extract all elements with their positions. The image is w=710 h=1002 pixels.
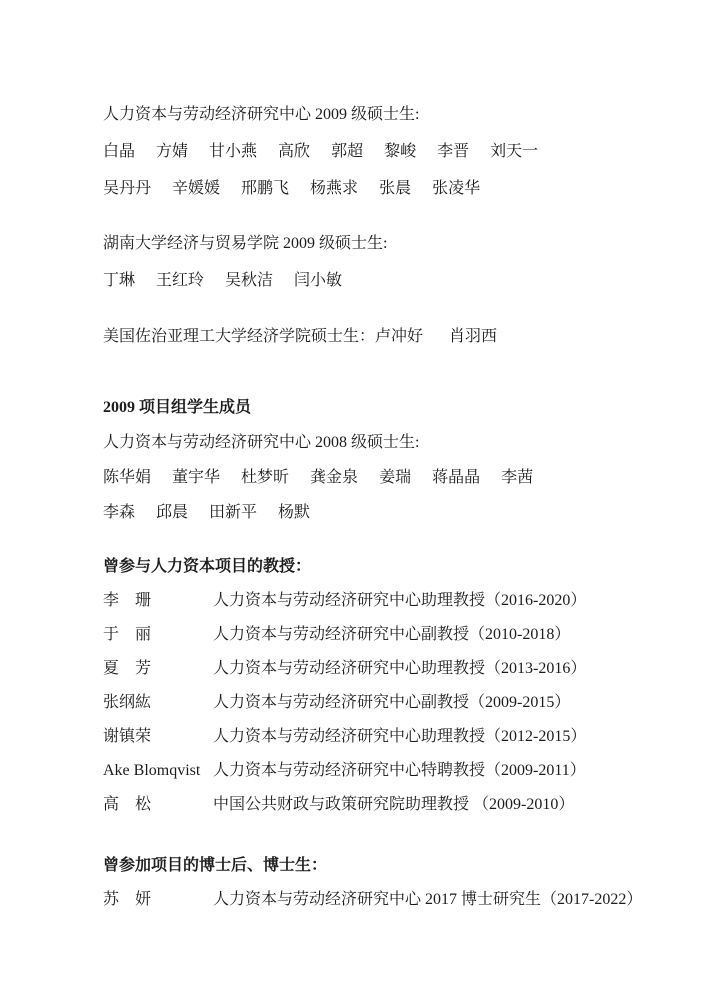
person-name: 蒋晶晶 xyxy=(432,469,480,486)
section-hunan-2009: 湖南大学经济与贸易学院 2009 级硕士生: 丁琳王红玲吴秋洁闫小敏 xyxy=(103,225,670,299)
section-title: 曾参与人力资本项目的教授： xyxy=(103,550,670,584)
section-georgia-tech: 美国佐治亚理工大学经济学院硕士生：卢冲好肖羽西 xyxy=(103,318,670,355)
professor-row: 张纲紘人力资本与劳动经济研究中心副教授（2009-2015） xyxy=(103,686,670,720)
section-heading: 美国佐治亚理工大学经济学院硕士生： xyxy=(103,328,375,345)
inline-heading-row: 美国佐治亚理工大学经济学院硕士生：卢冲好肖羽西 xyxy=(103,318,670,355)
professor-title: 人力资本与劳动经济研究中心副教授（2010-2018） xyxy=(213,626,570,643)
person-name: 李森 xyxy=(103,504,135,521)
person-name: 黎峻 xyxy=(384,143,416,160)
section-chc-2009: 人力资本与劳动经济研究中心 2009 级硕士生: 白晶方婧甘小燕高欣郭超黎峻李晋… xyxy=(103,96,670,207)
professor-row: 夏 芳人力资本与劳动经济研究中心助理教授（2013-2016） xyxy=(103,652,670,686)
person-name: 丁琳 xyxy=(103,272,135,289)
professor-row: 谢镇荣人力资本与劳动经济研究中心助理教授（2012-2015） xyxy=(103,720,670,754)
person-name: 肖羽西 xyxy=(449,328,497,345)
phd-rows: 苏 妍人力资本与劳动经济研究中心 2017 博士研究生（2017-2022） xyxy=(103,883,670,917)
person-name: 郭超 xyxy=(331,143,363,160)
professor-row: Ake Blomqvist人力资本与劳动经济研究中心特聘教授（2009-2011… xyxy=(103,754,670,788)
name-list-row: 陈华娟董宇华杜梦昕龚金泉姜瑞蒋晶晶李茜 xyxy=(103,460,670,495)
person-name: 杨默 xyxy=(278,504,310,521)
name-list-inline: 卢冲好肖羽西 xyxy=(375,328,497,345)
professor-title: 人力资本与劳动经济研究中心助理教授（2012-2015） xyxy=(213,728,586,745)
document-page: 人力资本与劳动经济研究中心 2009 级硕士生: 白晶方婧甘小燕高欣郭超黎峻李晋… xyxy=(0,0,710,1002)
section-heading: 人力资本与劳动经济研究中心 2008 级硕士生: xyxy=(103,425,670,460)
person-name: 吴秋洁 xyxy=(225,272,273,289)
person-name: 李晋 xyxy=(437,143,469,160)
professor-title: 人力资本与劳动经济研究中心特聘教授（2009-2011） xyxy=(213,762,586,779)
person-name: 邢鹏飞 xyxy=(241,180,289,197)
section-heading: 人力资本与劳动经济研究中心 2009 级硕士生: xyxy=(103,96,670,133)
professor-title: 中国公共财政与政策研究院助理教授 （2009-2010） xyxy=(213,796,574,813)
professor-rows: 李 珊人力资本与劳动经济研究中心助理教授（2016-2020） 于 丽人力资本与… xyxy=(103,584,670,822)
person-name: 吴丹丹 xyxy=(103,180,151,197)
section-phd: 曾参加项目的博士后、博士生： 苏 妍人力资本与劳动经济研究中心 2017 博士研… xyxy=(103,849,670,917)
person-name: 董宇华 xyxy=(172,469,220,486)
person-name: 李茜 xyxy=(501,469,533,486)
person-name: 王红玲 xyxy=(156,272,204,289)
person-name: 卢冲好 xyxy=(375,328,423,345)
section-project-2009: 2009 项目组学生成员 人力资本与劳动经济研究中心 2008 级硕士生: 陈华… xyxy=(103,390,670,530)
professor-name: 谢镇荣 xyxy=(103,720,213,754)
professor-row: 于 丽人力资本与劳动经济研究中心副教授（2010-2018） xyxy=(103,618,670,652)
professor-name: 李 珊 xyxy=(103,584,213,618)
person-name: 陈华娟 xyxy=(103,469,151,486)
name-list-row: 吴丹丹辛媛媛邢鹏飞杨燕求张晨张凌华 xyxy=(103,170,670,207)
professor-title: 人力资本与劳动经济研究中心副教授（2009-2015） xyxy=(213,694,570,711)
name-list-row: 丁琳王红玲吴秋洁闫小敏 xyxy=(103,262,670,299)
person-name: 姜瑞 xyxy=(379,469,411,486)
professor-row: 李 珊人力资本与劳动经济研究中心助理教授（2016-2020） xyxy=(103,584,670,618)
professor-name: 夏 芳 xyxy=(103,652,213,686)
professor-row: 高 松中国公共财政与政策研究院助理教授 （2009-2010） xyxy=(103,788,670,822)
section-title: 2009 项目组学生成员 xyxy=(103,390,670,425)
person-name: 辛媛媛 xyxy=(172,180,220,197)
person-name: 龚金泉 xyxy=(310,469,358,486)
person-name: 白晶 xyxy=(103,143,135,160)
person-name: 高欣 xyxy=(278,143,310,160)
person-name: 刘天一 xyxy=(490,143,538,160)
professor-name: 高 松 xyxy=(103,788,213,822)
person-name: 方婧 xyxy=(156,143,188,160)
name-list-row: 白晶方婧甘小燕高欣郭超黎峻李晋刘天一 xyxy=(103,133,670,170)
professor-title: 人力资本与劳动经济研究中心助理教授（2016-2020） xyxy=(213,592,586,609)
person-name: 杜梦昕 xyxy=(241,469,289,486)
section-professors: 曾参与人力资本项目的教授： 李 珊人力资本与劳动经济研究中心助理教授（2016-… xyxy=(103,550,670,822)
person-name: 张晨 xyxy=(379,180,411,197)
professor-name: Ake Blomqvist xyxy=(103,754,213,788)
professor-name: 于 丽 xyxy=(103,618,213,652)
phd-title: 人力资本与劳动经济研究中心 2017 博士研究生（2017-2022） xyxy=(213,891,642,908)
phd-row: 苏 妍人力资本与劳动经济研究中心 2017 博士研究生（2017-2022） xyxy=(103,883,670,917)
person-name: 邱晨 xyxy=(156,504,188,521)
person-name: 杨燕求 xyxy=(310,180,358,197)
section-title: 曾参加项目的博士后、博士生： xyxy=(103,849,670,883)
phd-name: 苏 妍 xyxy=(103,883,213,917)
person-name: 闫小敏 xyxy=(294,272,342,289)
name-list-row: 李森邱晨田新平杨默 xyxy=(103,495,670,530)
person-name: 张凌华 xyxy=(432,180,480,197)
person-name: 田新平 xyxy=(209,504,257,521)
section-heading: 湖南大学经济与贸易学院 2009 级硕士生: xyxy=(103,225,670,262)
person-name: 甘小燕 xyxy=(209,143,257,160)
professor-name: 张纲紘 xyxy=(103,686,213,720)
professor-title: 人力资本与劳动经济研究中心助理教授（2013-2016） xyxy=(213,660,586,677)
